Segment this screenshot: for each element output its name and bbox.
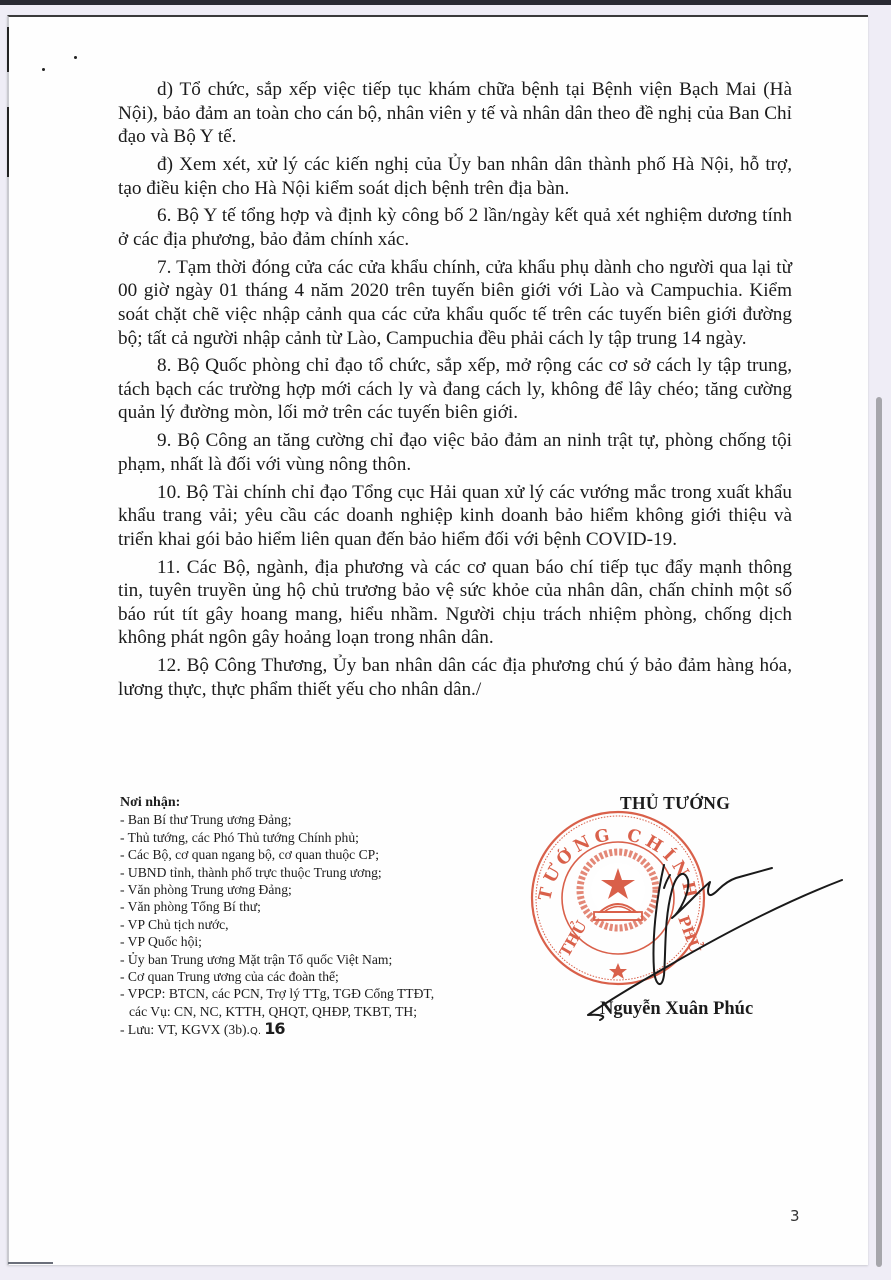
paragraph-9: 9. Bộ Công an tăng cường chỉ đạo việc bả… [118,429,792,476]
recipient-item: - Cơ quan Trung ương của các đoàn thể; [120,968,540,985]
scan-edge-mark [7,107,9,177]
recipients-block: Nơi nhận: - Ban Bí thư Trung ương Đảng; … [120,794,540,1041]
page-number: 3 [790,1207,800,1225]
recipient-item: - Ủy ban Trung ương Mặt trận Tổ quốc Việ… [120,951,540,968]
top-bar [0,0,891,5]
document-body: d) Tổ chức, sắp xếp việc tiếp tục khám c… [118,78,792,706]
recipient-item: - Văn phòng Tổng Bí thư; [120,898,540,915]
archive-prefix: - Lưu: VT, KGVX (3b). [120,1022,250,1037]
paragraph-11: 11. Các Bộ, ngành, địa phương và các cơ … [118,556,792,650]
paragraph-12: 12. Bộ Công Thương, Ủy ban nhân dân các … [118,654,792,701]
recipient-item: - UBND tỉnh, thành phố trực thuộc Trung … [120,864,540,881]
paragraph-8: 8. Bộ Quốc phòng chỉ đạo tổ chức, sắp xế… [118,354,792,425]
scrollbar-thumb[interactable] [876,397,882,1267]
paragraph-7: 7. Tạm thời đóng cửa các cửa khẩu chính,… [118,256,792,350]
scan-edge-mark [8,1262,53,1264]
signer-title: THỦ TƯỚNG [620,793,730,814]
recipient-item: - VPCP: BTCN, các PCN, Trợ lý TTg, TGĐ C… [120,985,540,1002]
recipient-item: - Thủ tướng, các Phó Thủ tướng Chính phủ… [120,829,540,846]
scan-speck [74,56,77,59]
recipient-item: - VP Quốc hội; [120,933,540,950]
paragraph-6: 6. Bộ Y tế tổng hợp và định kỳ công bố 2… [118,204,792,251]
archive-line: - Lưu: VT, KGVX (3b).Q. 16 [120,1020,540,1040]
signer-name: Nguyễn Xuân Phúc [600,999,753,1020]
recipient-item: - Văn phòng Trung ương Đảng; [120,881,540,898]
paragraph-dd: đ) Xem xét, xử lý các kiến nghị của Ủy b… [118,153,792,200]
paragraph-10: 10. Bộ Tài chính chỉ đạo Tổng cục Hải qu… [118,481,792,552]
paragraph-d: d) Tổ chức, sắp xếp việc tiếp tục khám c… [118,78,792,149]
recipient-item: - Các Bộ, cơ quan ngang bộ, cơ quan thuộ… [120,846,540,863]
scan-edge-mark [7,27,9,72]
scan-speck [42,68,45,71]
handwritten-number: 16 [264,1019,284,1038]
recipient-item: - Ban Bí thư Trung ương Đảng; [120,811,540,828]
recipient-item: các Vụ: CN, NC, KTTH, QHQT, QHĐP, TKBT, … [120,1003,540,1020]
handwritten-initial: Q [250,1026,258,1037]
recipients-heading: Nơi nhận: [120,794,540,811]
recipient-item: - VP Chủ tịch nước, [120,916,540,933]
